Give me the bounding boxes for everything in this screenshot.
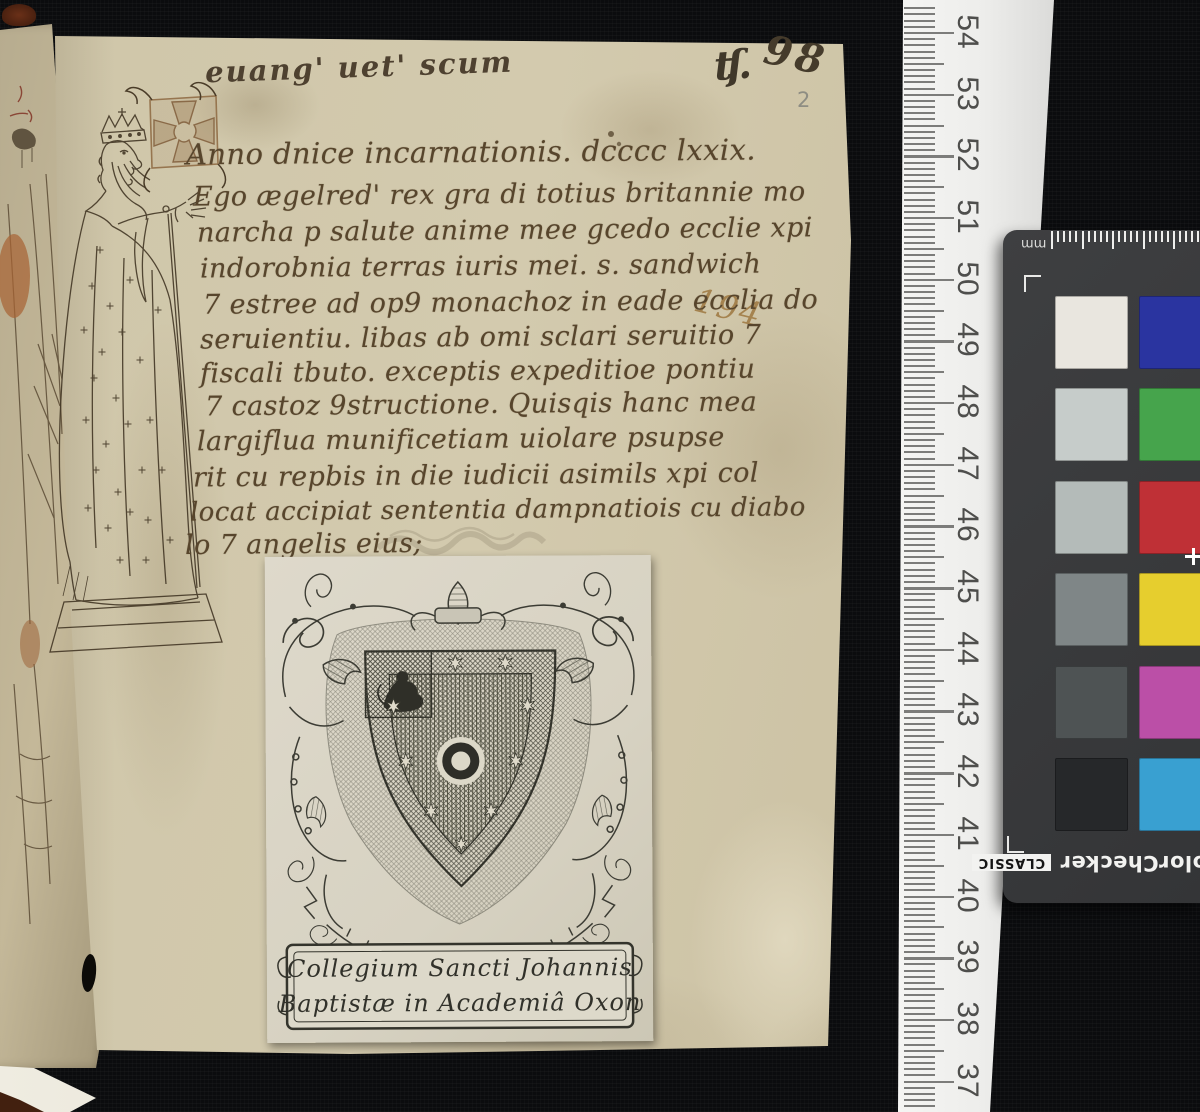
card-classic-badge: CLASSIC <box>972 855 1051 872</box>
ruler-tick <box>904 889 935 891</box>
ruler-tick <box>904 976 935 978</box>
text-line: rit cu repbis in die iudicii asimils xpi… <box>193 458 759 494</box>
ruler-tick <box>904 778 935 780</box>
text-line: 7 estree ad op9 monachoz in eade ecclia … <box>203 284 818 320</box>
ruler-tick <box>904 896 954 898</box>
bookplate-title-line1: Collegium Sancti Johannis <box>267 953 653 983</box>
ruler-tick <box>904 69 935 71</box>
ruler-tick <box>904 75 935 77</box>
ruler-number: 54 <box>950 9 984 55</box>
ruler-tick <box>904 723 935 725</box>
ruler-tick <box>904 606 935 608</box>
ruler-tick <box>904 908 935 910</box>
colorchecker-card: mm ColorChecker CLASSIC <box>1003 230 1200 903</box>
bookplate-title-line2: Baptistæ in Academiâ Oxon <box>267 988 653 1018</box>
text-line: seruientiu. libas ab omi sclari seruitio… <box>200 320 761 356</box>
ruler-tick <box>904 186 944 188</box>
ruler-tick <box>904 581 935 583</box>
ruler-number: 44 <box>950 626 984 672</box>
ruler-tick <box>904 988 944 990</box>
patch-white <box>1055 296 1128 369</box>
ruler-tick <box>904 149 935 151</box>
ruler-tick <box>904 1019 954 1021</box>
ruler-tick <box>904 303 935 305</box>
ruler-tick <box>904 143 935 145</box>
ruler-tick <box>904 100 935 102</box>
pencil-folio-number: 2 <box>797 88 810 112</box>
text-line: narcha p salute anime mee gcedo ecclie x… <box>197 212 813 248</box>
ruler-tick <box>904 822 935 824</box>
ruler-tick <box>904 649 954 651</box>
ruler-tick <box>904 273 935 275</box>
ruler-tick <box>904 365 935 367</box>
ruler-tick <box>904 359 935 361</box>
ruler-tick <box>904 624 935 626</box>
ruler-tick <box>904 636 935 638</box>
ruler-number: 49 <box>950 317 984 363</box>
ruler-tick <box>904 729 935 731</box>
ruler-tick <box>904 217 954 219</box>
ruler-tick <box>904 266 935 268</box>
ruler-tick <box>904 957 954 959</box>
ruler-number: 38 <box>950 996 984 1042</box>
ruler-tick <box>904 1044 935 1046</box>
ruler-tick <box>904 390 935 392</box>
ruler-tick <box>904 328 935 330</box>
ruler-tick <box>904 846 935 848</box>
ruler-tick <box>904 464 954 466</box>
ruler-number: 47 <box>950 441 984 487</box>
ruler-tick <box>904 131 935 133</box>
ruler-tick <box>904 784 935 786</box>
ruler-tick <box>904 704 935 706</box>
ruler-tick <box>904 507 935 509</box>
patch-neutral-5 <box>1055 573 1128 646</box>
ruler-tick <box>904 13 935 15</box>
ruler-tick <box>904 538 935 540</box>
ruler-tick <box>904 852 935 854</box>
ruler-tick <box>904 470 935 472</box>
patch-cyan <box>1139 758 1200 831</box>
ruler-tick <box>904 612 935 614</box>
ruler-tick <box>904 834 954 836</box>
ruler-tick <box>904 840 935 842</box>
ruler-tick <box>904 519 935 521</box>
ruler-tick <box>904 414 935 416</box>
ruler-tick <box>904 1050 944 1052</box>
ruler-tick <box>904 88 935 90</box>
ruler-tick <box>904 38 935 40</box>
ruler-tick <box>904 408 935 410</box>
ruler-tick <box>904 377 935 379</box>
ruler-tick <box>904 926 944 928</box>
ruler-tick <box>904 476 935 478</box>
binding-headband <box>2 4 36 26</box>
ruler-tick <box>904 334 935 336</box>
ruler-tick <box>904 525 954 527</box>
ruler-number: 45 <box>950 564 984 610</box>
bookplate: Collegium Sancti Johannis Baptistæ in Ac… <box>265 555 654 1043</box>
patch-black <box>1055 758 1128 831</box>
ruler-tick <box>904 174 935 176</box>
ruler-tick <box>904 495 944 497</box>
ruler-tick <box>904 871 935 873</box>
ruler-number: 42 <box>950 749 984 795</box>
ruler-tick <box>904 599 935 601</box>
text-line: fiscali tbuto. exceptis expeditioe ponti… <box>200 354 756 390</box>
text-line: 7 castoz 9structione. Quisqis hanc mea <box>205 387 757 423</box>
ruler-tick <box>904 254 935 256</box>
ruler-tick <box>904 155 954 157</box>
ruler-tick <box>904 994 935 996</box>
ruler-tick <box>904 951 935 953</box>
ruler-tick <box>904 205 935 207</box>
patch-neutral-8 <box>1055 388 1128 461</box>
ruler-tick <box>904 587 954 589</box>
ruler-tick <box>904 427 935 429</box>
ruler-tick <box>904 1013 935 1015</box>
ruler-tick <box>904 710 954 712</box>
ruler-tick <box>904 575 935 577</box>
ruler-tick <box>904 291 935 293</box>
ruler-tick <box>904 118 935 120</box>
ruler-tick <box>904 316 935 318</box>
ruler-tick <box>904 544 935 546</box>
shelfmark-monogram: tſ. <box>712 41 747 90</box>
ruler-tick <box>904 877 935 879</box>
ruler-tick <box>904 698 935 700</box>
ruler-tick <box>904 260 935 262</box>
ruler-tick <box>904 1007 935 1009</box>
ruler-tick <box>904 692 935 694</box>
ruler-number: 53 <box>950 71 984 117</box>
ruler-tick <box>904 556 944 558</box>
ruler-tick <box>904 402 954 404</box>
ruler-tick <box>904 44 935 46</box>
ruler-tick <box>904 1068 935 1070</box>
ruler-tick <box>904 1062 935 1064</box>
ruler-tick <box>904 26 935 28</box>
ruler-tick <box>904 162 935 164</box>
ruler-tick <box>904 1025 935 1027</box>
ruler-tick <box>904 754 935 756</box>
text-line: indorobnia terras iuris mei. s. sandwich <box>200 249 761 285</box>
ruler-tick <box>904 865 944 867</box>
ruler-tick <box>904 513 935 515</box>
ruler-tick <box>904 797 935 799</box>
ruler-tick <box>904 384 935 386</box>
ruler-tick <box>904 982 935 984</box>
ruler-tick <box>904 859 935 861</box>
ruler-tick <box>904 667 935 669</box>
ruler-tick <box>904 680 944 682</box>
ruler-number: 50 <box>950 256 984 302</box>
ruler-tick <box>904 809 935 811</box>
ruler-tick <box>904 1093 935 1095</box>
ruler-tick <box>904 279 954 281</box>
ruler-tick <box>904 94 954 96</box>
ruler-tick <box>904 353 935 355</box>
ruler-tick <box>904 63 944 65</box>
ruler-tick <box>904 1081 954 1083</box>
ruler-tick <box>904 772 954 774</box>
ruler-number: 52 <box>950 132 984 178</box>
digitized-manuscript-photo: euang' uet' scum tſ. 98 2 194 Anno dnice… <box>0 0 1200 1112</box>
text-line: Anno dnice incarnationis. dcccc lxxix. <box>186 133 756 172</box>
text-line: locat accipiat sententia dampnatiois cu … <box>190 492 806 527</box>
patch-red <box>1139 481 1200 554</box>
card-label-row: ColorChecker CLASSIC <box>989 848 1200 878</box>
ruler-tick <box>904 199 935 201</box>
text-line: Ego ægelred' rex gra di totius britannie… <box>193 176 806 212</box>
ruler-tick <box>904 501 935 503</box>
ruler-number: 48 <box>950 379 984 425</box>
ruler-tick <box>904 451 935 453</box>
ruler-tick <box>904 248 944 250</box>
ruler-tick <box>904 902 935 904</box>
ruler-tick <box>904 112 935 114</box>
ruler-tick <box>904 747 935 749</box>
ruler-tick <box>904 236 935 238</box>
ruler-number: 51 <box>950 194 984 240</box>
ruler-tick <box>904 297 935 299</box>
ruler-tick <box>904 1000 935 1002</box>
text-line: largiflua munificetiam uiolare psupse <box>197 422 725 458</box>
patch-neutral-3-5 <box>1055 666 1128 739</box>
ruler-tick <box>904 717 935 719</box>
ruler-tick <box>904 569 935 571</box>
ruler-number: 41 <box>950 811 984 857</box>
ruler-tick <box>904 223 935 225</box>
ruler-tick <box>904 1056 935 1058</box>
ruler-tick <box>904 562 935 564</box>
ruler-tick <box>904 933 935 935</box>
ruler-tick <box>904 791 935 793</box>
ruler-tick <box>904 673 935 675</box>
ruler-tick <box>904 106 935 108</box>
ruler-tick <box>904 760 935 762</box>
ruler-tick <box>904 229 935 231</box>
ruler-tick <box>904 550 935 552</box>
ruler-tick <box>904 630 935 632</box>
patch-green <box>1139 388 1200 461</box>
ruler-tick <box>904 661 935 663</box>
ruler-tick <box>904 57 935 59</box>
ruler-tick <box>904 883 935 885</box>
ruler-tick <box>904 482 935 484</box>
ruler-tick <box>904 1037 935 1039</box>
ruler-tick <box>904 310 944 312</box>
ruler-tick <box>904 168 935 170</box>
ruler-tick <box>904 735 935 737</box>
ruler-tick <box>904 322 935 324</box>
ruler-tick <box>904 32 954 34</box>
ruler-tick <box>904 192 935 194</box>
crop-corner-mark <box>1024 275 1041 292</box>
ruler-number: 37 <box>950 1058 984 1104</box>
ruler-tick <box>904 828 935 830</box>
ruler-number: 43 <box>950 687 984 733</box>
ruler-tick <box>904 242 935 244</box>
ruler-tick <box>904 1087 935 1089</box>
mm-unit-label: mm <box>1021 236 1046 251</box>
ruler-tick <box>904 939 935 941</box>
ruler-tick <box>904 51 935 53</box>
patch-magenta <box>1139 666 1200 739</box>
ruler-tick <box>904 347 935 349</box>
ruler-tick <box>904 920 935 922</box>
ruler-tick <box>904 137 935 139</box>
ruler-tick <box>904 643 935 645</box>
ruler-tick <box>904 445 935 447</box>
ruler-number: 46 <box>950 502 984 548</box>
ruler-tick <box>904 81 935 83</box>
ruler-tick <box>904 433 944 435</box>
ruler-tick <box>904 970 935 972</box>
ruler-tick <box>904 340 954 342</box>
ruler-tick <box>904 815 935 817</box>
ruler-tick <box>904 618 944 620</box>
registration-cross-icon <box>1185 548 1200 565</box>
ruler-tick <box>904 396 935 398</box>
ruler-tick <box>904 371 944 373</box>
ruler-tick <box>904 211 935 213</box>
ruler-tick <box>904 1031 935 1033</box>
ruler-tick <box>904 741 944 743</box>
ruler-tick <box>904 7 935 9</box>
ruler-tick <box>904 1105 935 1107</box>
ruler-tick <box>904 686 935 688</box>
ruler-tick <box>904 180 935 182</box>
ruler-tick <box>904 914 935 916</box>
ruler-tick <box>904 803 944 805</box>
ruler-tick <box>904 593 935 595</box>
ruler-tick <box>904 766 935 768</box>
ruler-tick <box>904 458 935 460</box>
ruler-tick <box>904 963 935 965</box>
ruler-tick <box>904 655 935 657</box>
card-brand-label: ColorChecker <box>1060 851 1200 875</box>
ruler-tick <box>904 1074 935 1076</box>
ruler-tick <box>904 532 935 534</box>
ruler-tick <box>904 488 935 490</box>
ruler-tick <box>904 285 935 287</box>
patch-blue <box>1139 296 1200 369</box>
ruler-number: 40 <box>950 873 984 919</box>
ruler-tick <box>904 945 935 947</box>
patch-yellow <box>1139 573 1200 646</box>
ruler-tick <box>904 439 935 441</box>
ruler-tick <box>904 1099 935 1101</box>
ruler-tick <box>904 20 935 22</box>
patch-neutral-6-5 <box>1055 481 1128 554</box>
ruler-number: 39 <box>950 934 984 980</box>
ruler-tick <box>904 421 935 423</box>
ruler-tick <box>904 125 944 127</box>
